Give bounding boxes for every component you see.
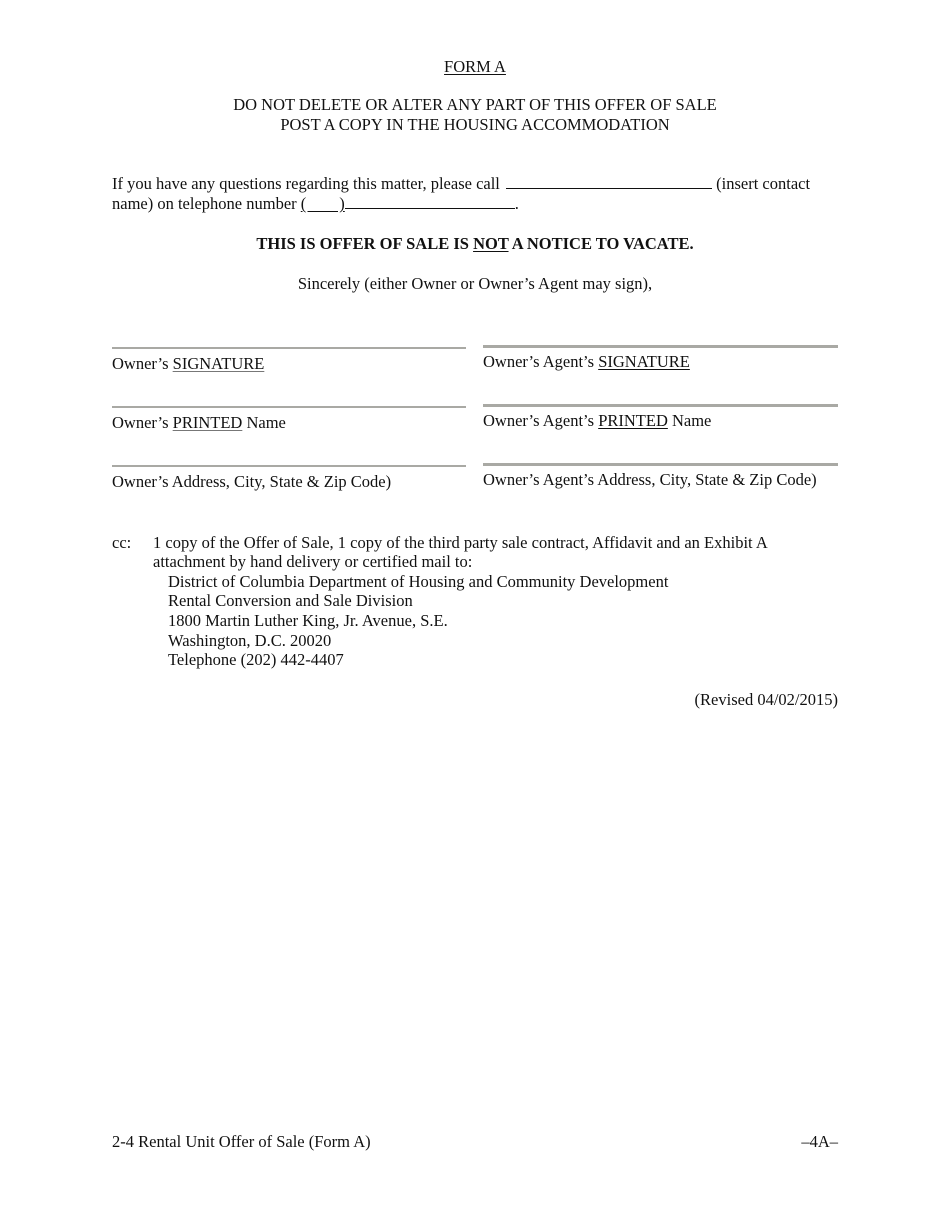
contact-line-2: name) on telephone number ( ). (112, 194, 519, 214)
agent-printed-name-line[interactable] (483, 404, 838, 407)
phone-period: . (515, 194, 519, 213)
cc-line-1: 1 copy of the Offer of Sale, 1 copy of t… (153, 533, 768, 553)
phone-number-field[interactable] (345, 194, 515, 209)
instruction-line-2: POST A COPY IN THE HOUSING ACCOMMODATION (0, 115, 950, 135)
phone-area-code-field[interactable]: ( ) (301, 194, 345, 213)
cc-line-2: attachment by hand delivery or certified… (153, 552, 472, 572)
owner-printed-name-label: Owner’s PRINTED Name (112, 413, 286, 433)
cc-label: cc: (112, 533, 131, 553)
agent-printed-emphasis: PRINTED (598, 411, 668, 430)
page-number: –4A– (801, 1132, 838, 1152)
owner-printed-emphasis: PRINTED (173, 413, 243, 432)
owner-signature-prefix: Owner’s (112, 354, 173, 373)
agent-printed-prefix: Owner’s Agent’s (483, 411, 598, 430)
owner-printed-prefix: Owner’s (112, 413, 173, 432)
contact-prefix: If you have any questions regarding this… (112, 174, 500, 193)
contact-suffix: (insert contact (716, 174, 810, 193)
revised-date: (Revised 04/02/2015) (695, 690, 838, 710)
agent-address-line[interactable] (483, 463, 838, 466)
owner-address-label: Owner’s Address, City, State & Zip Code) (112, 472, 391, 492)
contact-line-1: If you have any questions regarding this… (112, 174, 810, 194)
form-title: FORM A (0, 57, 950, 77)
cc-address-line: Washington, D.C. 20020 (168, 631, 331, 651)
cc-address-line: 1800 Martin Luther King, Jr. Avenue, S.E… (168, 611, 448, 631)
owner-printed-name-line[interactable] (112, 406, 466, 408)
owner-address-line[interactable] (112, 465, 466, 467)
cc-address-line: Rental Conversion and Sale Division (168, 591, 413, 611)
notice-part-1: THIS IS OFFER OF SALE IS (256, 234, 473, 253)
agent-signature-emphasis: SIGNATURE (598, 352, 690, 371)
not-notice-to-vacate: THIS IS OFFER OF SALE IS NOT A NOTICE TO… (0, 234, 950, 254)
agent-signature-prefix: Owner’s Agent’s (483, 352, 598, 371)
agent-printed-name-label: Owner’s Agent’s PRINTED Name (483, 411, 711, 431)
contact-name-field[interactable] (506, 174, 712, 189)
closing-text: Sincerely (either Owner or Owner’s Agent… (0, 274, 950, 294)
footer-title: 2-4 Rental Unit Offer of Sale (Form A) (112, 1132, 371, 1152)
owner-printed-suffix: Name (242, 413, 286, 432)
instruction-line-1: DO NOT DELETE OR ALTER ANY PART OF THIS … (0, 95, 950, 115)
notice-emphasis: NOT (473, 234, 508, 253)
owner-signature-line[interactable] (112, 347, 466, 349)
owner-signature-label: Owner’s SIGNATURE (112, 354, 264, 374)
agent-signature-label: Owner’s Agent’s SIGNATURE (483, 352, 690, 372)
cc-address-line: Telephone (202) 442-4407 (168, 650, 344, 670)
notice-part-2: A NOTICE TO VACATE. (509, 234, 694, 253)
cc-address-line: District of Columbia Department of Housi… (168, 572, 668, 592)
agent-printed-suffix: Name (668, 411, 712, 430)
agent-signature-line[interactable] (483, 345, 838, 348)
owner-signature-emphasis: SIGNATURE (173, 354, 265, 373)
phone-prefix: name) on telephone number (112, 194, 297, 213)
agent-address-label: Owner’s Agent’s Address, City, State & Z… (483, 470, 817, 490)
